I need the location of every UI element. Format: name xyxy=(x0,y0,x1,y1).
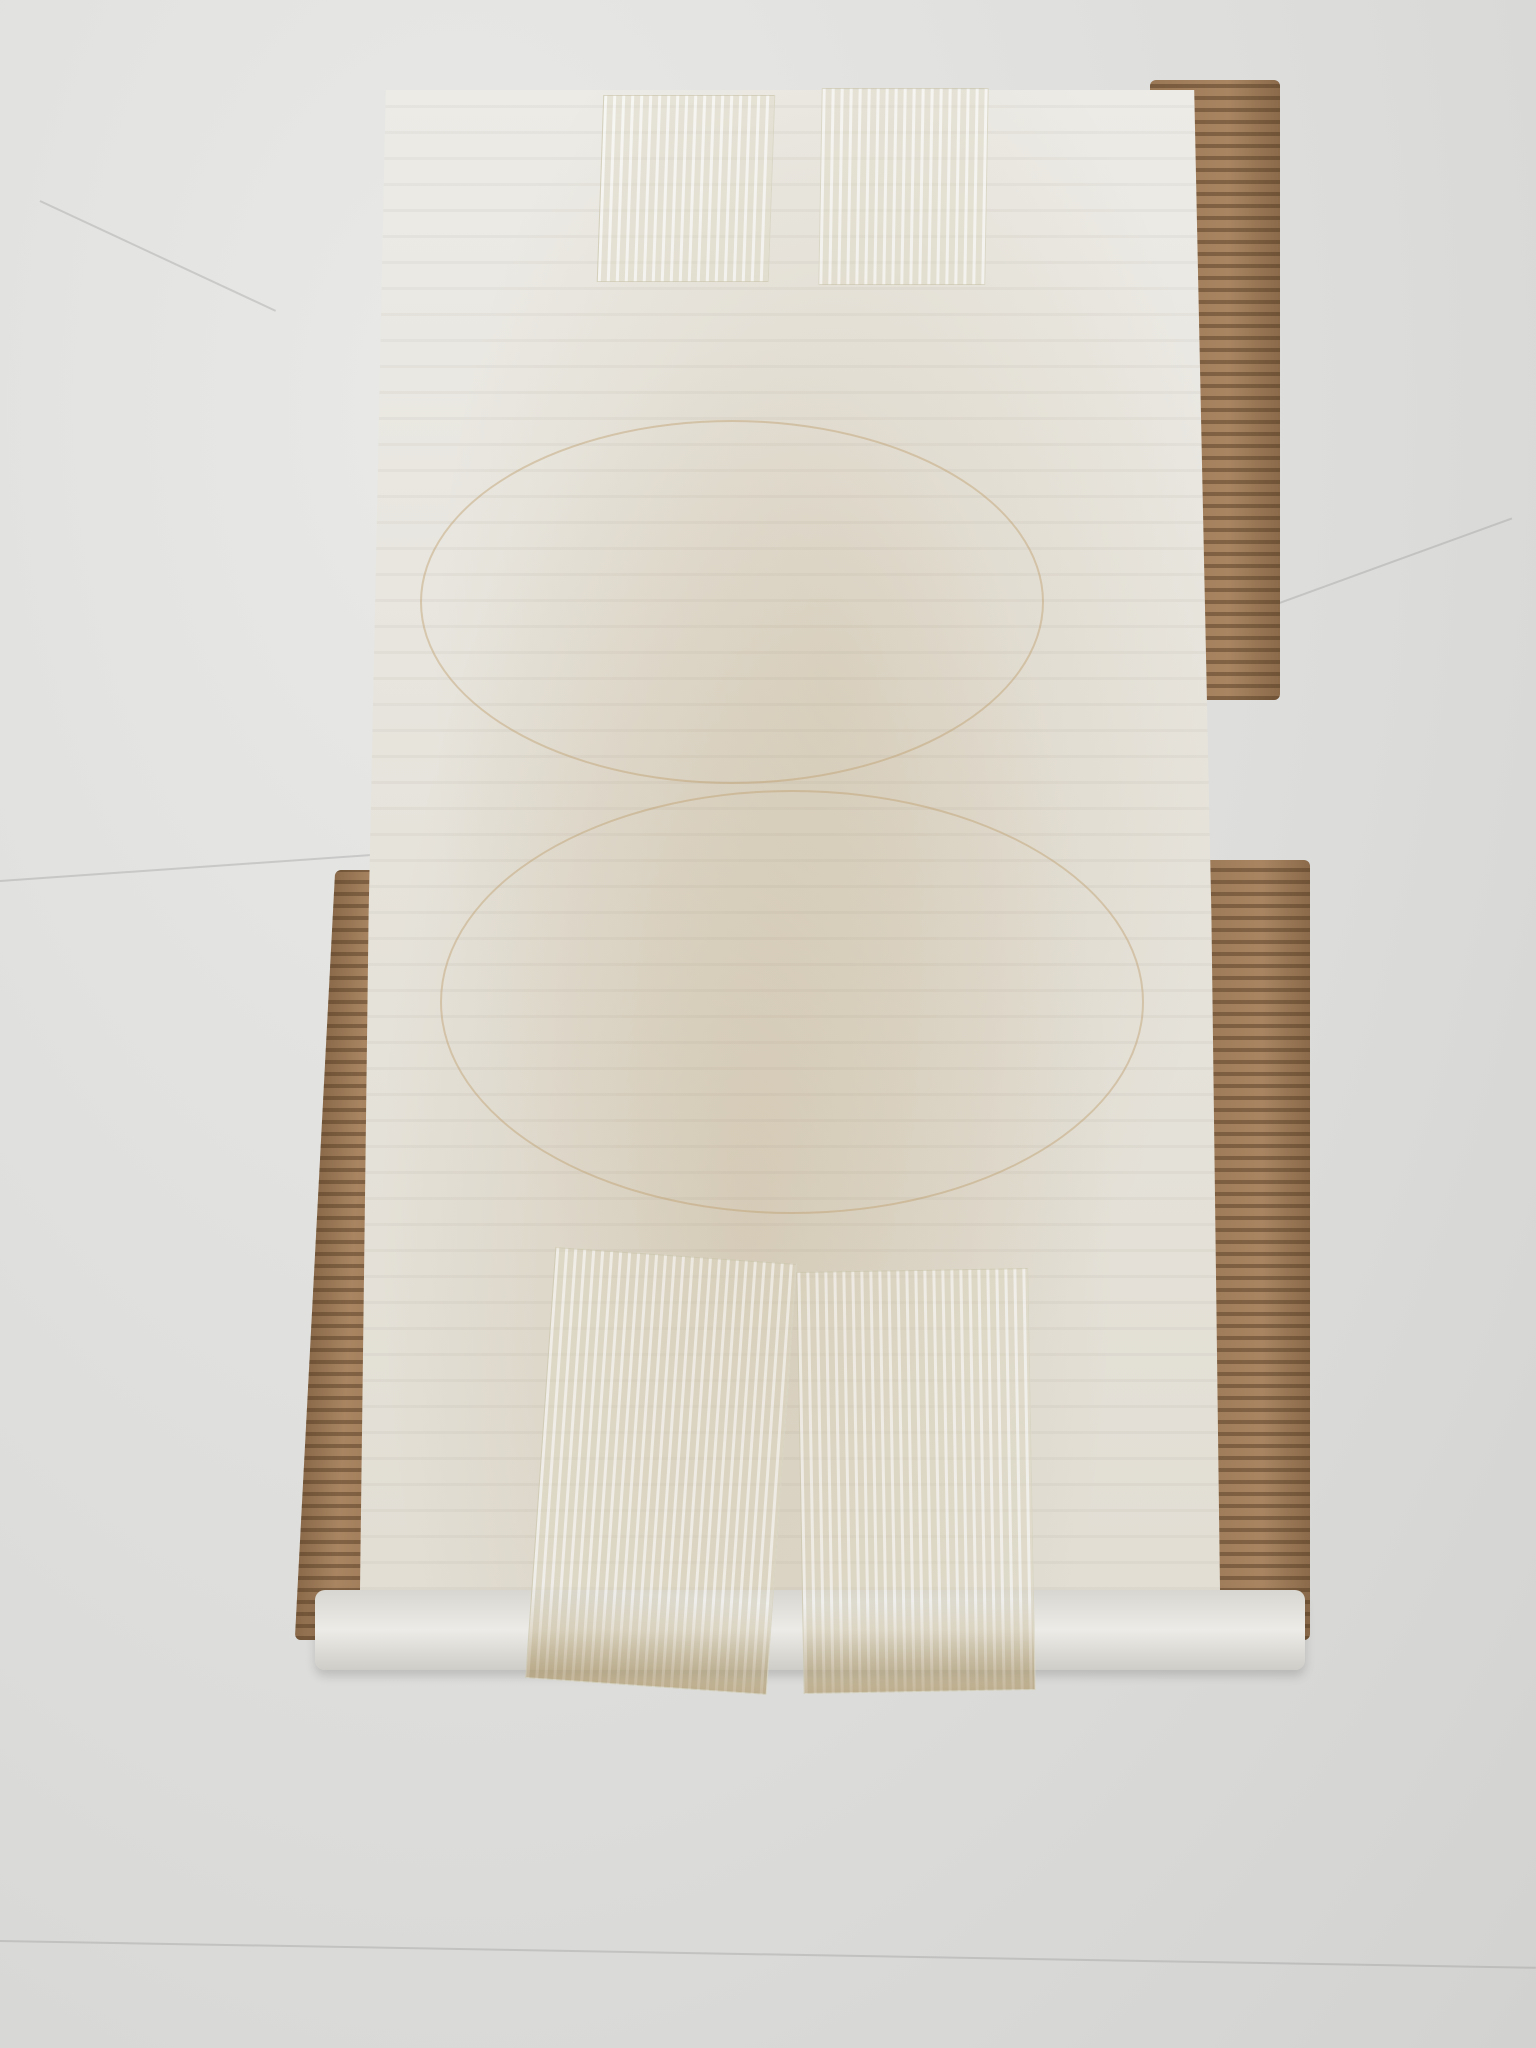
tape-strip xyxy=(525,1247,797,1695)
box-lid xyxy=(360,90,1220,1590)
scratch xyxy=(0,1940,1536,1969)
water-stain xyxy=(440,790,1144,1214)
tape-strip xyxy=(818,88,988,285)
tape-strip xyxy=(796,1268,1035,1694)
tape-strip xyxy=(597,95,776,282)
water-stain xyxy=(420,420,1044,784)
scratch xyxy=(40,200,276,312)
